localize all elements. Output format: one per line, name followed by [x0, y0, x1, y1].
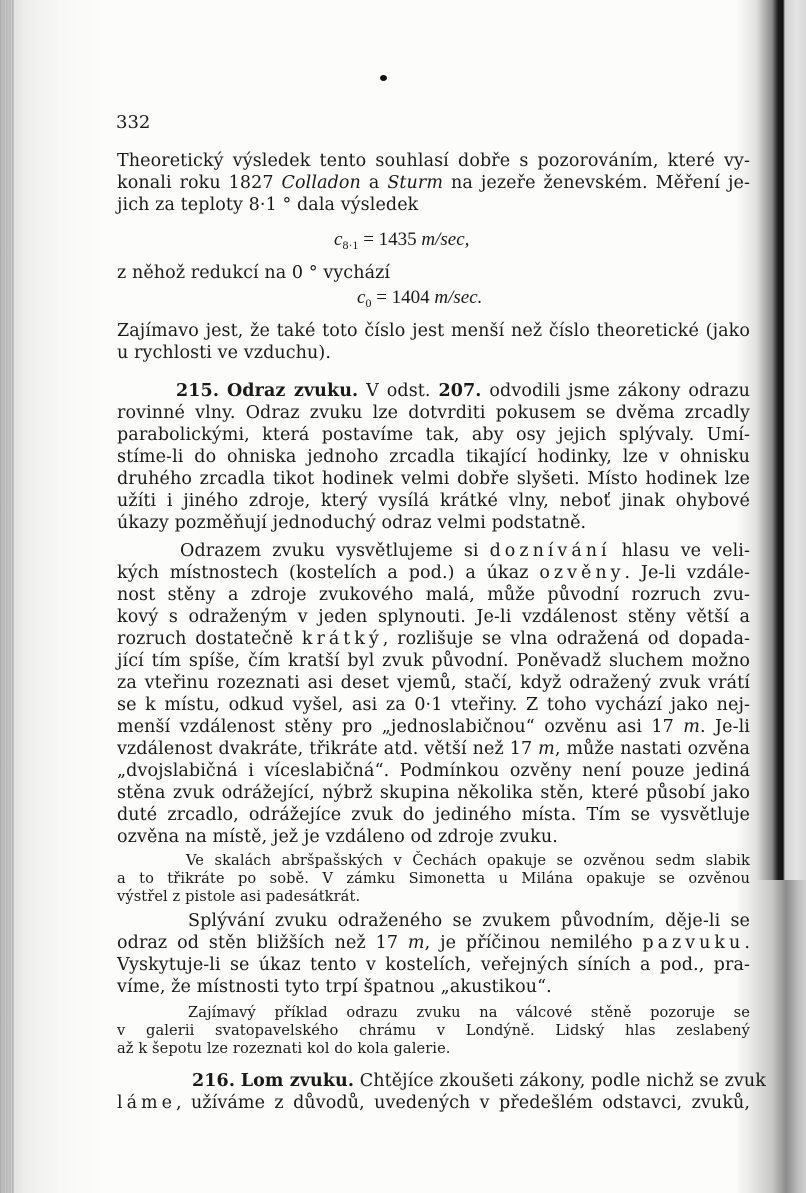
- text-line: za vteřinu rozeznati asi deset vjemů, st…: [117, 672, 750, 694]
- emphasized-term: doznívání: [490, 541, 611, 561]
- emphasized-term: pazvuku: [642, 933, 744, 953]
- formula-c0: c0 = 1404 m/sec.: [357, 286, 482, 315]
- scanned-page: 332 Theoretický výsledek tento souhlasí …: [0, 0, 806, 1193]
- text-fragment: Odrazem zvuku vysvětlujeme si: [180, 541, 490, 561]
- formula-unit: m/sec,: [421, 229, 469, 250]
- formula-unit: m/sec.: [434, 287, 482, 308]
- text-fragment: a: [361, 173, 387, 193]
- text-line: odraz od stěn bližších než 17 m, je příč…: [117, 932, 750, 954]
- text-fragment: . Je-li: [700, 717, 750, 737]
- text-line: Odrazem zvuku vysvětlujeme si doznívání …: [180, 540, 750, 562]
- note-line: Ve skalách abršpašských v Čechách opakuj…: [186, 852, 750, 870]
- formula-value: = 1404: [371, 287, 434, 308]
- text-fragment: , užíváme z důvodů, uvedených v předešlé…: [176, 1093, 750, 1113]
- section-216-heading-line: 216. Lom zvuku. Chtějíce zkoušeti zákony…: [192, 1070, 750, 1092]
- section-reference: 207.: [438, 381, 481, 401]
- section-title: Odraz zvuku.: [227, 381, 358, 401]
- text-line: kový s odraženým v jeden splynouti. Je-l…: [117, 606, 750, 628]
- text-fragment: odvodili jsme zákony odrazu: [482, 381, 751, 401]
- unit-meters: m: [683, 717, 700, 737]
- emphasized-term: láme: [117, 1093, 176, 1113]
- note-line: výstřel z pistole asi padesátkrát.: [117, 888, 360, 906]
- text-fragment: konali roku 1827: [117, 173, 282, 193]
- unit-meters: m: [408, 933, 425, 953]
- author-name-colladon: Colladon: [282, 173, 361, 193]
- text-fragment: odraz od stěn bližších než 17: [117, 933, 408, 953]
- text-fragment: .: [744, 933, 750, 953]
- page-number: 332: [116, 112, 150, 133]
- text-line: jich za teploty 8·1 ° dala výsledek: [117, 194, 418, 216]
- text-line: nost stěny a zdroje zvukového malá, může…: [117, 584, 750, 606]
- text-line: konali roku 1827 Colladon a Sturm na jez…: [117, 172, 750, 194]
- ink-dot: [380, 75, 387, 81]
- text-line: ozvěna na místě, jež je vzdáleno od zdro…: [117, 826, 558, 848]
- text-line: rozruch dostatečně krátký, rozlišuje se …: [117, 628, 750, 650]
- text-fragment: rozruch dostatečně: [117, 629, 302, 649]
- note-line: a to třikráte po sobě. V zámku Simonetta…: [117, 870, 750, 888]
- text-line: duté zrcadlo, odrážejíce zvuk do jedinéh…: [117, 804, 750, 826]
- page-left-edge: [0, 0, 14, 1193]
- text-fragment: na jezeře ženevském. Měření je-: [443, 173, 750, 193]
- text-line: užíti i jiného zdroje, který vysílá krát…: [117, 490, 750, 512]
- formula-subscript: 8·1: [342, 238, 358, 252]
- text-fragment: hlasu ve veli-: [611, 541, 750, 561]
- text-fragment: Chtějíce zkoušeti zákony, podle nichž se…: [354, 1071, 766, 1091]
- text-line: kých místnostech (kostelích a pod.) a úk…: [117, 562, 750, 584]
- text-fragment: , je příčinou nemilého: [425, 933, 643, 953]
- section-number: 215.: [176, 381, 219, 401]
- text-line: parabolickými, která postavíme tak, aby …: [117, 424, 750, 446]
- text-line: se k místu, odkud vyšel, asi za 0·1 vteř…: [117, 694, 750, 716]
- text-line: u rychlosti ve vzduchu).: [117, 342, 331, 364]
- text-line: „dvojslabičná i víceslabičná“. Podmínkou…: [117, 760, 750, 782]
- formula-c81: c8·1 = 1435 m/sec,: [334, 228, 469, 257]
- emphasized-term: ozvěny: [539, 563, 624, 583]
- text-line: láme, užíváme z důvodů, uvedených v před…: [117, 1092, 750, 1114]
- text-line: rovinné vlny. Odraz zvuku lze dotvrditi …: [117, 402, 750, 424]
- unit-meters: m: [538, 739, 555, 759]
- emphasized-term: krátký: [302, 629, 383, 649]
- text-fragment: , může nastati ozvěna: [555, 739, 750, 759]
- text-line: druhého zrcadla tikot hodinek velmi dobř…: [117, 468, 750, 490]
- text-fragment: menší vzdálenost stěny pro „jednoslabičn…: [117, 717, 683, 737]
- formula-value: = 1435: [358, 229, 421, 250]
- text-line: Zajímavo jest, že také toto číslo jest m…: [117, 320, 750, 342]
- text-line: menší vzdálenost stěny pro „jednoslabičn…: [117, 716, 750, 738]
- section-number: 216.: [192, 1071, 235, 1091]
- text-fragment: , rozlišuje se vlna odražená od dopada-: [383, 629, 750, 649]
- text-line: stíme-li do ohniska jednoho zrcadla tika…: [117, 446, 750, 468]
- text-line: Vyskytuje-li se úkaz tento v kostelích, …: [117, 954, 750, 976]
- text-fragment: vzdálenost dvakráte, třikráte atd. větší…: [117, 739, 538, 759]
- text-line: stěna zvuk odrážející, nýbrž skupina něk…: [117, 782, 750, 804]
- text-fragment: . Je-li vzdále-: [625, 563, 751, 583]
- text-fragment: V odst.: [358, 381, 438, 401]
- section-215-heading-line: 215. Odraz zvuku. V odst. 207. odvodili …: [176, 380, 750, 402]
- section-title: Lom zvuku.: [241, 1071, 354, 1091]
- text-line: úkazy pozměňují jednoduchý odraz velmi p…: [117, 512, 586, 534]
- text-line: vzdálenost dvakráte, třikráte atd. větší…: [117, 738, 750, 760]
- text-fragment: kých místnostech (kostelích a pod.) a úk…: [117, 563, 539, 583]
- note-line: v galerii svatopavelského chrámu v Londý…: [117, 1022, 750, 1040]
- text-line: z něhož redukcí na 0 ° vychází: [117, 262, 390, 284]
- text-line: jící tím spíše, čím kratší byl zvuk půvo…: [117, 650, 750, 672]
- text-line: Splývání zvuku odraženého se zvukem půvo…: [188, 910, 750, 932]
- note-line: až k šepotu lze rozeznati kol do kola ga…: [117, 1040, 451, 1058]
- text-line: Theoretický výsledek tento souhlasí dobř…: [117, 150, 750, 172]
- author-name-sturm: Sturm: [387, 173, 443, 193]
- text-line: víme, že místnosti tyto trpí špatnou „ak…: [117, 976, 552, 998]
- note-line: Zajímavý příklad odrazu zvuku na válcové…: [188, 1004, 750, 1022]
